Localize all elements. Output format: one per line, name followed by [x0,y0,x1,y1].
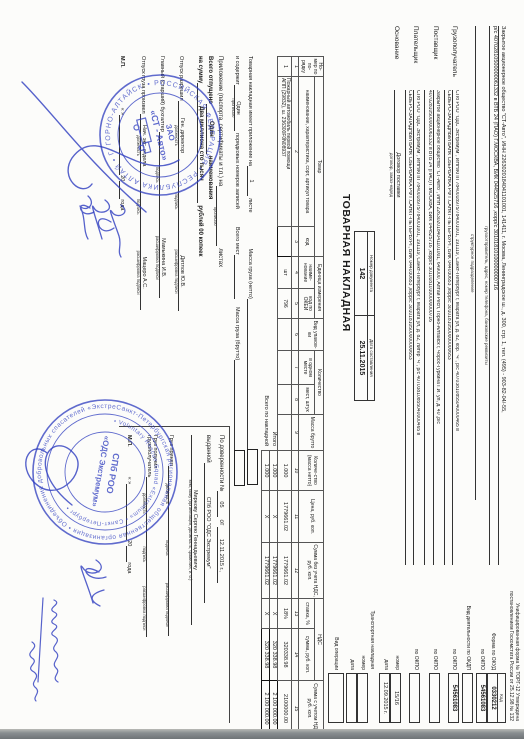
goods-table: Но-мер по по-рядку Товар Единица измерен… [261,56,323,737]
supplier-okpo-label: по ОКПО [431,649,437,673]
contains-caption: прописью [230,85,235,131]
mass-net-box [247,449,258,485]
form-note-line1: Унифицированная форма № ТОРГ-12 Утвержде… [513,26,519,721]
party-consignee-line1: СПб РОО "ОДС Экстремум", ИНН/КПП 7840018… [452,90,459,565]
right-date-row: М.П. « » 20 года [126,435,134,723]
contains-value: Один [235,85,241,131]
form-note-line2: постановлением Госкомстата России от 25.… [508,26,514,721]
party-payer-line2: СЕВЕРО-ЗАПАДНЫЙ БАНК СБЕРБАНКА РФ Г.САНК… [405,90,412,565]
basis-number-value: 15/16 [390,673,401,723]
handwritten-name-1 [38,598,58,682]
doc-number-box: Номер документа Дата составления 142 25.… [354,231,375,401]
vsego-vat-x: X [262,599,270,629]
vsego-qty: 1.000 [262,451,270,491]
shipper-block: Закрытое акционерное общество "СТ-Авто",… [470,26,505,565]
goods-price: 1779661.02 [278,491,291,543]
scan-edge-strip [0,729,524,739]
sign-caption: подпись [164,522,169,574]
colnum-7: 7 [291,351,299,385]
transport-date-value [346,673,357,723]
role-caption: должность [136,114,141,178]
goods-inplace [278,351,291,385]
goods-vat-rate: 18% [278,599,291,629]
col-nds-header: НДС [314,599,323,681]
col-num-header: Но-мер по по-рядку [299,57,323,77]
sig-dispatch-label: Отпуск груза произвел [140,56,146,114]
colnum-4: 4 [291,257,299,289]
mass-gross-box [234,450,245,486]
role-caption: должность [141,477,146,529]
mass-gross-label: Масса груза (брутто) [234,307,240,360]
itogo-vat-sum: 320 338.98 [270,629,278,681]
party-payer-label: Плательщик [412,26,420,90]
name-caption: расшифровка подписи [174,233,179,311]
okud-value: 0330212 [487,673,498,723]
okud-label: Форма по ОКУД [490,633,496,673]
sig-received-label2: грузополучатель [146,435,152,477]
goods-places [278,385,291,415]
party-supplier-label: Поставщик [431,26,439,90]
signature-loop-right [26,446,78,505]
appendix-line: Приложение (паспорта, сертификаты и т.п.… [216,56,224,420]
col-cena-header: Цена, руб. коп. [299,491,323,543]
shipper-line2: р/с 40702810500000061332 в ВТБ 24 (ПАО) … [490,26,498,565]
party-consignee: Грузополучатель СПб РОО "ОДС Экстремум",… [443,26,459,723]
goods-qty: 1.000 [278,451,291,491]
vsego-vat-sum: 320 338.98 [262,629,270,681]
role-caption: должность [164,466,169,522]
power-person: Мирнову Сергею Геннадьевичу [192,435,198,625]
doc-number-value: 142 [355,232,368,316]
code-header: Код [498,673,506,723]
basis-label: Основание [393,26,401,90]
okdp-value [462,673,473,723]
itogo-label: Итого [270,57,278,451]
signature-taken [81,560,106,606]
goods-name-line2: АПП (29832), ш. 236300F0N08937 [279,78,285,225]
transport-number-value [357,673,368,723]
table-header-row1: Но-мер по по-рядку Товар Единица измерен… [314,57,323,737]
col-okei-header: код по ОКЕИ [299,289,314,319]
col-tovar-header: Товар [314,77,323,257]
goods-ed: шт [278,257,291,289]
sig-dispatch-row: Отпуск груза произвел Нач. экс. отдела д… [140,56,148,420]
mass-net-label: Масса груза (нетто) [247,249,253,299]
okpo-label: по ОКПО [479,649,485,673]
itogo-amount: 1779661.02 [270,543,278,599]
itogo-price: X [270,491,278,543]
power-date: 12.11.2015 г., [218,527,224,583]
handwritten-name-2 [30,642,38,701]
colnum-1: 1 [291,57,299,77]
sig-accountant-label: Главный (старший) бухгалтер [159,56,165,132]
basis-codes: номер 15/16 дата 12.09.2015 г. [379,573,401,723]
sig-release-row: Отпуск разрешил Ген. директор должность … [178,56,186,420]
mp-left: М.П. [119,56,125,68]
colnum-2: 2 [291,77,299,227]
sign-caption: подпись [136,178,141,236]
goods-row: 1 Пожарный автомобиль первой помощи АПП … [278,57,291,737]
operation-value [328,673,344,723]
basis-row: Основание Договор поставки договор, зака… [379,26,401,723]
col-kol-header: Количество [314,351,323,415]
okdp-label: Вид деятельности по ОКДП [465,606,471,673]
basis-value: Договор поставки [394,90,401,260]
colnum-6: 6 [291,319,299,351]
receiver-stamp-center2: «ОДС Экстремум» [90,435,111,508]
payer-okpo-value [409,673,420,723]
party-consignee-label: Грузополучатель [451,26,459,90]
released-pre: Всего отпущено [206,56,213,104]
shipper-caption: грузоотправитель, адрес, номер телефона,… [484,26,489,565]
goods-name: Пожарный автомобиль первой помощи АПП (2… [278,77,291,227]
contains-pre: и содержит [234,56,240,85]
colnum-12: 12 [291,543,299,599]
transport-number-label: номер [359,655,365,673]
sig-release-name: Дятлов Ю.В. [179,233,185,311]
colnum-9: 9 [291,415,299,451]
name-caption: расшифровка подписи [164,574,169,636]
goods-pack [278,319,291,351]
division-line [475,26,484,500]
mp-right: М.П. [126,435,132,447]
appendix-pre: Приложение (паспорта, сертификаты и т.п.… [216,56,223,186]
party-payer: Плательщик СПб РОО "ОДС Экстремум", ИНН/… [404,26,420,723]
power-org: СПб РОО "ОДС Экстремум" [205,463,211,603]
vsego-label: Всего по накладной [262,57,270,451]
sig-accountant-name: Мамыкина И.В. [160,218,166,298]
attach-pre: Товарная накладная имеет приложение на [247,56,253,166]
vsego-amount: 1779661.02 [262,543,270,599]
operation-label: Вид операции [333,637,339,673]
itogo-vat-x: X [270,599,278,629]
torg12-document: Унифицированная форма № ТОРГ-12 Утвержде… [0,0,524,739]
power-line3: Мирнову Сергею Геннадьевичу кем, кому (о… [191,435,199,723]
col-netto-header: Количе-ство (масса нетто) [299,451,323,491]
left-date-quote: « » [119,108,125,116]
transport-block: Транспортная накладная номер дата Вид оп… [328,513,376,723]
right-date-quote: « » [126,477,132,485]
itogo-qty: 1.000 [270,451,278,491]
colnum-11: 11 [291,491,299,543]
name-caption: расшифровка подписи [141,579,146,637]
doc-date-label: Дата составления [368,315,375,400]
appendix-post: листах [216,248,223,267]
attachment-line: Товарная накладная имеет приложение на 1… [247,56,258,723]
sum-post: рублей 00 копеек [197,205,204,256]
name-caption: расшифровка подписи [155,218,160,298]
sum-pre: на сумму [197,56,204,83]
sig-taken-row: Груз принял должность подпись расшифровк… [168,435,176,723]
party-payer-line1: СПб РОО "ОДС Экстремум", ИНН/КПП 7840018… [413,90,420,565]
doc-date-value: 25.11.2015 [355,315,368,400]
vsego-price: X [262,491,270,543]
colnum-10: 10 [291,451,299,491]
basis-date-value: 12.09.2015 г. [379,673,390,723]
supplier-okpo-value [429,673,440,723]
division-caption: структурное подразделение [470,26,475,500]
col-stavka-header: ставка, % [299,599,314,629]
footer-right: По доверенности № 05 от 12.11.2015 г., в… [119,426,230,723]
left-date-row: М.П. « » 20 года [119,56,127,420]
sign-caption: подпись [174,171,179,233]
consignee-okpo-value: 54561083 [448,673,459,723]
col-naim-header: наименование, характеристика, сорт, арти… [299,77,314,227]
sign-caption: подпись [155,132,160,218]
goods-brutto [278,415,291,451]
power-pre: По доверенности № [217,435,224,491]
itogo-row: Итого 1.000 X 1779661.02 X 320 338.98 2 … [270,57,278,737]
goods-amount: 1779661.02 [278,543,291,599]
power-line1: По доверенности № 05 от 12.11.2015 г., [217,435,225,723]
power-caption: кем, кому (организация, должность, фамил… [187,435,192,625]
basis-date-label: дата [382,659,388,673]
party-supplier: Поставщик Закрытое акционерное общество … [423,26,439,723]
sum-line: на сумму Два миллиона сто тысяч рублей 0… [197,56,205,420]
contains-post: порядковых номеров записей [234,133,240,209]
attach-value: 1 [248,166,254,196]
goods-okei: 796 [278,289,291,319]
col-ednaim-header: наиме-нование [299,257,314,289]
signature-accountant [93,200,114,239]
attach-post: листе [247,198,253,213]
sig-release-label: Отпуск разрешил [178,56,184,101]
party-consignee-line2: СЕВЕРО-ЗАПАДНЫЙ БАНК СБЕРБАНКА РФ Г.САНК… [444,90,451,565]
sig-taken-label: Груз принял [168,435,174,466]
sig-received-row: Груз получил грузополучатель должность п… [146,435,158,723]
rotated-scan: Унифицированная форма № ТОРГ-12 Утвержде… [0,0,524,739]
sig-accountant-row: Главный (старший) бухгалтер подпись Мамы… [159,56,167,420]
col-edin-header: Единица измерения [314,257,323,319]
goods-kod [278,227,291,257]
col-vid-header: Вид упаков-ки [299,319,323,351]
page-title: ТОВАРНАЯ НАКЛАДНАЯ [340,194,352,513]
basis-number-label: номер [393,655,399,673]
colnum-13: 13 [291,599,299,629]
form-note: Унифицированная форма № ТОРГ-12 Утвержде… [508,26,519,721]
colnum-3: 3 [291,227,299,257]
signature-dispatcher [80,196,94,239]
goods-row-num: 1 [278,57,291,77]
sign-caption: подпись [141,529,146,579]
power-line2: выданной СПб РОО "ОДС Экстремум" [204,435,212,723]
name-caption: расшифровка подписи [136,236,141,310]
okpo-value: 54561083 [476,673,487,723]
col-ndssumma-header: сумма, руб. коп. [299,629,314,681]
consignee-okpo-label: по ОКПО [451,649,457,673]
transport-label: Транспортная накладная [369,513,375,669]
vsego-row: Всего по накладной 1.000 X 1779661.02 X … [262,57,270,737]
sig-release-role: Ген. директор [179,101,185,171]
table-number-row: 1 2 3 4 5 6 7 8 9 10 11 12 13 14 15 [291,57,299,737]
sig-dispatch-name: Мацеро А.С. [141,236,147,310]
left-date-year: года [119,199,125,210]
colnum-8: 8 [291,385,299,415]
sum-value: Два миллиона сто тысяч [197,83,205,203]
power-vydan: выданной [204,435,211,463]
colnum-5: 5 [291,289,299,319]
codes-block: Код Форма по ОКУД 0330212 по ОКПО 545610… [462,573,506,723]
power-ot: от [217,519,224,525]
power-num: 05 [218,491,224,517]
appendix-caption: прописью [212,186,217,246]
party-supplier-line1: Закрытое акционерное общество "СТ-Авто",… [433,90,440,565]
payer-okpo-label: по ОКПО [412,649,418,673]
sig-received-label: Груз получил [151,435,157,477]
goods-vat-sum: 320338.98 [278,629,291,681]
doc-number-label: Номер документа [368,232,375,316]
col-brutto-header: Масса брутто [299,415,323,451]
transport-date-label: дата [348,659,354,673]
released-value: Один [206,104,214,154]
col-summa-header: Сумма без учета НДС, руб. коп. [299,543,323,599]
footer-left: Приложение (паспорта, сертификаты и т.п.… [119,56,230,426]
col-vodnom-header: в одном месте [299,351,314,385]
sig-dispatch-role: Нач. экс. отдела [141,114,147,178]
role-caption: должность [174,101,179,171]
table-header-row2: наименование, характеристика, сорт, арти… [299,57,314,737]
party-supplier-line2: 40702810500000061332 в ВТБ 24 (ПАО) Г.МО… [424,90,431,565]
colnum-14: 14 [291,629,299,681]
col-mest-header: мест, штук [299,385,314,415]
right-date-year: года [126,562,132,573]
col-kod-header: код [299,227,314,257]
shipper-line1: Закрытое акционерное общество "СТ-Авто",… [498,26,506,565]
contains-line: и содержит Один прописью порядковых номе… [234,56,245,723]
total-places-label: Всего мест [234,227,240,255]
